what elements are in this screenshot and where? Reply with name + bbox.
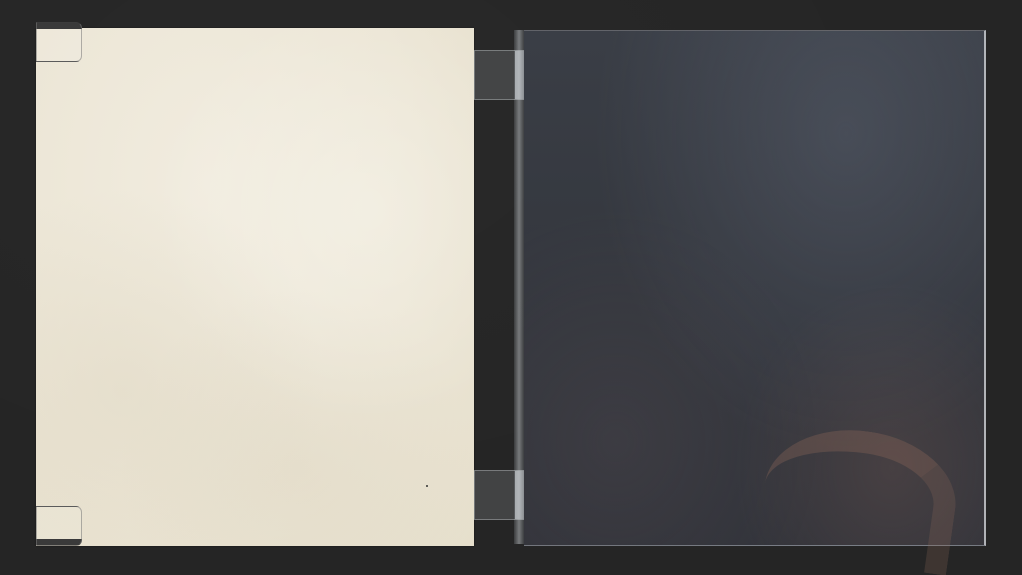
paper-speck: [426, 485, 428, 487]
hinge-top: [474, 50, 530, 100]
photo-corner-bottom-left: [36, 506, 82, 546]
photo-corner-top-left: [36, 22, 82, 62]
sleeve-spine: [514, 30, 524, 544]
hinge-bottom: [474, 470, 530, 520]
clear-plastic-sleeve: [524, 30, 986, 546]
paper-texture: [36, 28, 474, 546]
paper-card: [36, 28, 474, 546]
sleeve-reflection: [756, 418, 965, 575]
